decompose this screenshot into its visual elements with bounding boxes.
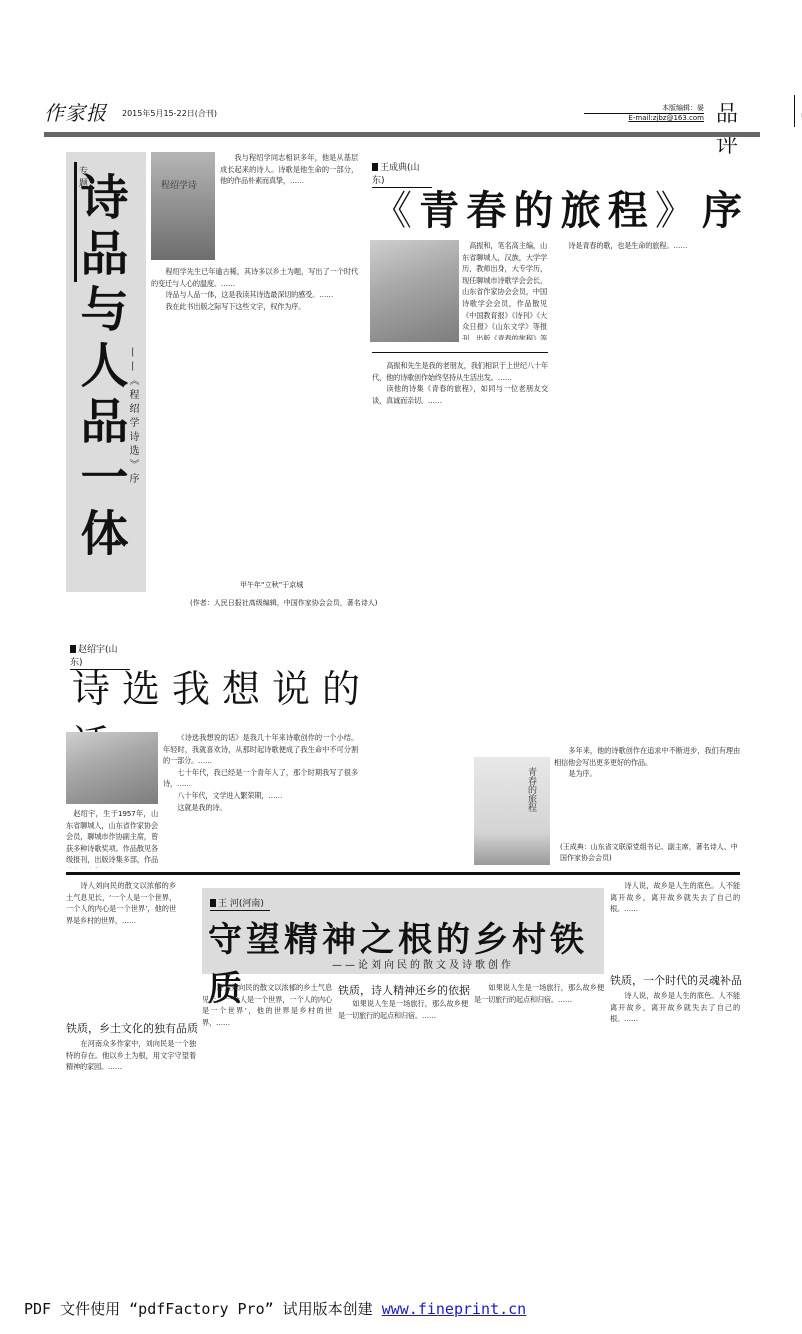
byline-text: 王 河(河南) [218,899,264,909]
article3-body: 《诗选我想说的话》是我几十年来诗歌创作的一个小结。年轻时，我就喜欢诗，从那时起诗… [163,732,358,868]
paragraph: 诗人刘向民的散文以浓郁的乡土气息见长，‘一个人是一个世界，一个人的内心是一个世界… [66,880,176,926]
paragraph: 程绍学先生已年逾古稀，其诗多以乡土为题，写出了一个时代的变迁与人心的温度。…… [151,266,358,289]
article2-headline: 《 青 春 的 旅 程 》 序 [372,180,742,235]
article4-col3: 如果说人生是一场旅行，那么故乡便是一切旅行的起点和归宿。…… [338,998,468,1262]
paragraph: 诗人刘向民的散文以浓郁的乡土气息见长，‘一个人是一个世界，一个人的内心是一个世界… [202,982,332,1028]
article1-body: 程绍学先生已年逾古稀，其诗多以乡土为题，写出了一个时代的变迁与人心的温度。…… … [151,266,358,572]
paragraph: 高振和先生是我的老朋友，我们相识于上世纪八十年代，他的诗歌创作始终坚持从生活出发… [372,360,548,383]
article2-book-cover: 青春的旅程 [474,757,550,865]
article4-col2: 诗人刘向民的散文以浓郁的乡土气息见长，‘一个人是一个世界，一个人的内心是一个世界… [202,982,332,1262]
book-cover-title: 程绍学诗 [161,178,197,191]
footer-text: PDF 文件使用 “pdfFactory Pro” 试用版本创建 [24,1300,382,1318]
paragraph: 读他的诗集《青春的旅程》，如同与一位老朋友交谈，真诚而亲切。…… [372,383,548,406]
paragraph: 诗人说，故乡是人生的底色。人不能离开故乡，离开故乡就失去了自己的根。…… [610,990,740,1025]
article4-col1: 诗人刘向民的散文以浓郁的乡土气息见长，‘一个人是一个世界，一个人的内心是一个世界… [66,880,176,1010]
article3-author-bio: 赵绍宇，生于1957年，山东省聊城人，山东省作家协会会员，聊城市作协副主席，曾获… [66,808,158,868]
article4-col4: 如果说人生是一场旅行，那么故乡便是一切旅行的起点和归宿。…… [474,982,604,1262]
article1-subtitle: ——《程绍学诗选》序 [126,347,139,487]
email: E-mail:zjbz@163.com [584,114,704,122]
byline-marker-icon [372,163,378,171]
article2-author-bio: 高振和，笔名高主编，山东省聊城人，汉族，大学学历，教师出身，大专学历，现任聊城市… [462,240,547,340]
page-divider [794,95,795,127]
article1-book-cover: 程绍学诗 [151,152,215,260]
article2-body-col2: 诗是青春的歌，也是生命的旅程。…… [554,240,740,740]
article2-author-photo [370,240,459,342]
headline-char: 的 [513,179,553,236]
paragraph: 多年来，他的诗歌创作在追求中不断进步，我们有理由相信他会写出更多更好的作品。 [554,745,740,768]
headline-char: 青 [419,179,459,236]
paragraph: 七十年代，我已经是一个青年人了，那个时期我写了很多诗，…… [163,767,358,790]
article2-body-col3: 多年来，他的诗歌创作在追求中不断进步，我们有理由相信他会写出更多更好的作品。 是… [554,745,740,815]
paragraph: 诗人说，故乡是人生的底色。人不能离开故乡，离开故乡就失去了自己的根。…… [610,880,740,915]
headline-char: 序 [702,179,742,236]
paragraph: 在河南众多作家中，刘向民是一个独特的存在。他以乡土为根，用文字守望着精神的家园。… [66,1038,196,1073]
headline-char: 旅 [561,179,601,236]
article4-section-heading: 铁质，诗人精神还乡的依据 [338,982,470,998]
paragraph: 这就是我的诗。 [163,802,358,814]
paragraph: 是为序。 [554,768,740,780]
issue-date: 2015年5月15-22日(合刊) [122,108,217,119]
article2-bio-rule [372,352,548,353]
paragraph: 如果说人生是一场旅行，那么故乡便是一切旅行的起点和归宿。…… [474,982,604,1005]
footer-link[interactable]: www.fineprint.cn [382,1300,527,1318]
editor-line: 本版编辑：晏 [584,103,704,114]
headline-char: 》 [655,179,695,236]
section-title: 品 评 [716,97,760,159]
article3-author-photo [66,732,158,804]
article1-title-panel: 专 题 诗品与人品一体 ——《程绍学诗选》序 [66,152,146,592]
masthead-rule [44,132,760,137]
byline-marker-icon [70,645,76,653]
paragraph: 我在此书出版之际写下这些文字，权作为序。 [151,301,358,313]
article4-section-heading: 铁质，一个时代的灵魂补品 [610,972,742,988]
book-cover-title: 青春的旅程 [526,767,538,812]
paragraph: 我与程绍学同志相识多年，他是从基层成长起来的诗人。诗歌是他生命的一部分，他的作品… [220,152,358,187]
article4-col5-top: 诗人说，故乡是人生的底色。人不能离开故乡，离开故乡就失去了自己的根。…… [610,880,740,966]
headline-char: 春 [466,179,506,236]
masthead: 作家报 2015年5月15-22日(合刊) 本版编辑：晏 E-mail:zjbz… [44,95,760,135]
article2-author-note: (王成典：山东省文联原党组书记、副主席，著名诗人、中国作家协会会员) [560,842,740,864]
pdf-footer: PDF 文件使用 “pdfFactory Pro” 试用版本创建 www.fin… [24,1298,526,1319]
section-divider [66,872,740,875]
paragraph: 如果说人生是一场旅行，那么故乡便是一切旅行的起点和归宿。…… [338,998,468,1021]
article4-subtitle: ——论刘向民的散文及诗歌创作 [332,956,514,971]
headline-char: 程 [608,179,648,236]
headline-char: 《 [372,179,412,236]
byline-marker-icon [210,899,216,907]
article4-col5: 诗人说，故乡是人生的底色。人不能离开故乡，离开故乡就失去了自己的根。…… [610,990,740,1262]
article1-author-note: (作者：人民日报社高级编辑，中国作家协会会员，著名诗人) [190,598,377,608]
paragraph: 《诗选我想说的话》是我几十年来诗歌创作的一个小结。年轻时，我就喜欢诗，从那时起诗… [163,732,358,767]
paragraph: 八十年代，文学进入繁荣期，…… [163,790,358,802]
paper-name: 作家报 [44,97,107,126]
article4-byline: 王 河(河南) [210,896,270,911]
article2-body-col1: 高振和先生是我的老朋友，我们相识于上世纪八十年代，他的诗歌创作始终坚持从生活出发… [372,360,548,690]
article4-title-panel: 王 河(河南) 守望精神之根的乡村铁质 ——论刘向民的散文及诗歌创作 [202,888,604,974]
article4-col1-lower: 在河南众多作家中，刘向民是一个独特的存在。他以乡土为根，用文字守望着精神的家园。… [66,1038,196,1262]
article4-section-heading: 铁质，乡土文化的独有品质 [66,1020,198,1036]
paragraph: 诗品与人品一体，这是我读其诗选最深切的感受。…… [151,289,358,301]
article1-body-top: 我与程绍学同志相识多年，他是从基层成长起来的诗人。诗歌是他生命的一部分，他的作品… [220,152,358,264]
paragraph: 诗是青春的歌，也是生命的旅程。…… [554,240,740,252]
article1-signoff: 甲午年“立秋”于京城 [240,580,303,590]
